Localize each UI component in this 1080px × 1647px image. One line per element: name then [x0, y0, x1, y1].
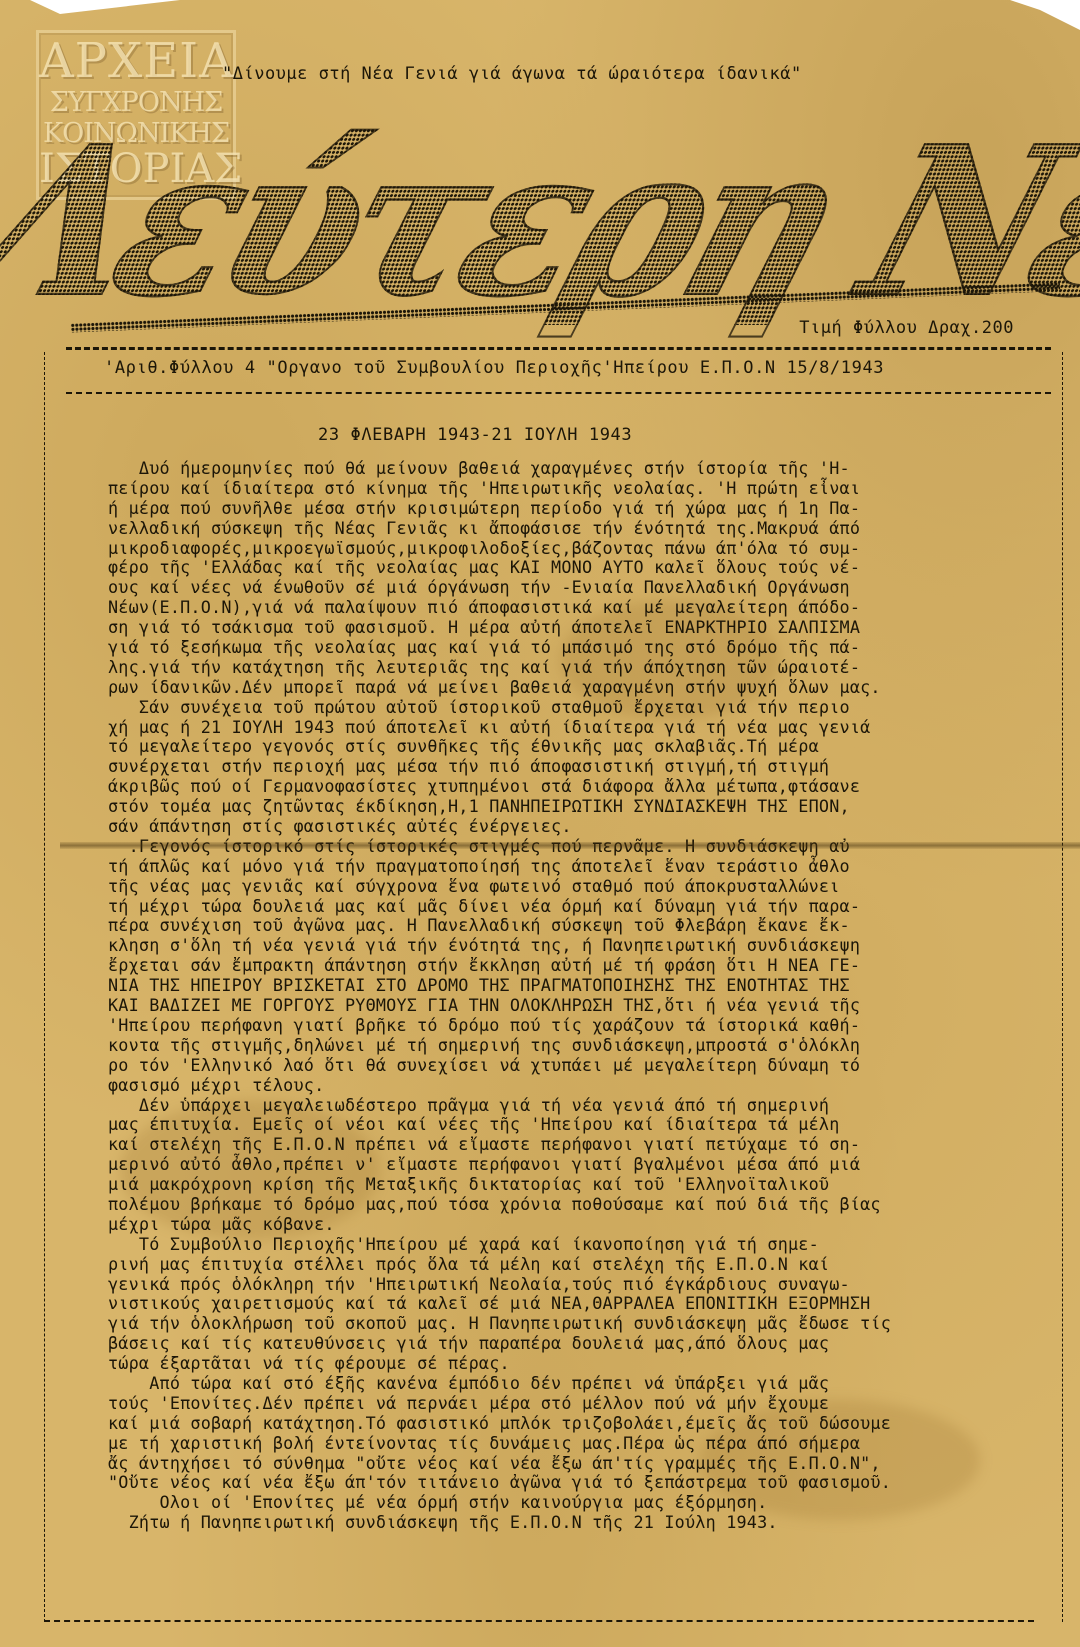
article-line: πείρου καί ίδιαίτερα στό κίνημα τῆς 'Ηπε… — [108, 479, 1058, 499]
article-line: ρων ίδανικῶν.Δέν μπορεῖ παρά νά μείνει β… — [108, 678, 1058, 698]
article-line: Σάν συνέχεια τοῦ πρώτου αὐτοῦ ίστορικοῦ … — [108, 698, 1058, 718]
article-line: με τή χαριστική βολή έντείνοντας τίς δυν… — [108, 1434, 1058, 1454]
article-line: Από τώρα καί στό έξῆς κανένα έμπόδιο δέν… — [108, 1374, 1058, 1394]
article-line: "Οὔτε νέος καί νέα ἔξω άπ'τόν τιτάνειο ἀ… — [108, 1473, 1058, 1493]
article-line: πολέμου βρήκαμε τό δρόμο μας,πού τόσα χρ… — [108, 1195, 1058, 1215]
article-line: λης.γιά τήν κατάχτηση τῆς λευτεριᾶς της … — [108, 658, 1058, 678]
article-line: ΝΙΑ ΤΗΣ ΗΠΕΙΡΟΥ ΒΡΙΣΚΕΤΑΙ ΣΤΟ ΔΡΟΜΟ ΤΗΣ … — [108, 976, 1058, 996]
article-line: ή μέρα πού συνῆλθε μέσα στήν κρισιμώτερη… — [108, 499, 1058, 519]
article-line: σάν άπάντηση στίς φασιστικές αὐτές ένέργ… — [108, 817, 1058, 837]
article-line: συνέρχεται στήν περιοχή μας μέσα τήν πιό… — [108, 757, 1058, 777]
issue-info-line: 'Αριθ.Φύλλου 4 "Οργανο τοῦ Συμβουλίου Πε… — [104, 358, 884, 378]
article-line: ἔρχεται σάν ἔμπρακτη άπάντηση στήν ἔκκλη… — [108, 956, 1058, 976]
article-line: στόν τομέα μας ζητῶντας έκδίκηση,Η,1 ΠΑΝ… — [108, 797, 1058, 817]
article-line: πέρα συνέχιση τοῦ ἀγῶνα μας. Η Πανελλαδι… — [108, 916, 1058, 936]
frame-border-right — [1062, 352, 1063, 1622]
frame-border-left — [44, 352, 45, 1622]
article-line: γενικά πρός ὁλόκληρη τήν 'Ηπειρωτική Νεο… — [108, 1275, 1058, 1295]
article-line: Δέν ὑπάρχει μεγαλειωδέστερο πρᾶγμα γιά τ… — [108, 1096, 1058, 1116]
article-line: 'Ηπείρου περήφανη γιατί βρῆκε τό δρόμο π… — [108, 1016, 1058, 1036]
article-line: γιά τήν ὁλοκλήρωση τοῦ σκοποῦ μας. Η Παν… — [108, 1314, 1058, 1334]
article-line: γιά τό ξεσήκωμα τῆς νεολαίας μας καί γιά… — [108, 638, 1058, 658]
article-line: τή άπλῶς καί μόνο γιά τήν πραγματοποίησή… — [108, 857, 1058, 877]
article-line: Τό Συμβούλιο Περιοχῆς'Ηπείρου μέ χαρά κα… — [108, 1235, 1058, 1255]
article-line: ρινή μας έπιτυχία στέλλει πρός ὅλα τά μέ… — [108, 1255, 1058, 1275]
article-line: Δυό ήμερομηνίες πού θά μείνουν βαθειά χα… — [108, 459, 1058, 479]
article-line: μιά μακρόχρονη κρίση τῆς Μεταξικῆς δικτα… — [108, 1175, 1058, 1195]
article-line: χή μας ή 21 ΙΟΥΛΗ 1943 πού άποτελεῖ κι α… — [108, 718, 1058, 738]
article-line: μερινό αὐτό ἆθλο,πρέπει ν' εἴμαστε περήφ… — [108, 1155, 1058, 1175]
article-line: Ολοι οί 'Επονίτες μέ νέα όρμή στήν καινο… — [108, 1493, 1058, 1513]
article-body: Δυό ήμερομηνίες πού θά μείνουν βαθειά χα… — [108, 459, 1058, 1533]
article-line: ἄς άντηχήσει τό σύνθημα "οὔτε νέος καί ν… — [108, 1454, 1058, 1474]
article-line: ρο τόν 'Ελληνικό λαό ὅτι θά συνεχίσει νά… — [108, 1056, 1058, 1076]
article-line: ση γιά τό τσάκισμα τοῦ φασισμοῦ. Η μέρα … — [108, 618, 1058, 638]
article-line: μας έπιτυχία. Εμεῖς οί νέοι καί νέες τῆς… — [108, 1115, 1058, 1135]
issue-price: Τιμή Φύλλου Δραχ.200 — [799, 318, 1014, 338]
fold-crease — [60, 842, 1080, 849]
article-line: μικροδιαφορές,μικροεγωϊσμούς,μικροφιλοδο… — [108, 539, 1058, 559]
article-line: τή μέχρι τώρα δουλειά μας καί μᾶς δίνει … — [108, 897, 1058, 917]
article-line: καί μιά σοβαρή κατάχτηση.Τό φασιστικό μπ… — [108, 1414, 1058, 1434]
article-line: τώρα έξαρτᾶται νά τίς φέρουμε σέ πέρας. — [108, 1354, 1058, 1374]
watermark-line: ΑΡΧΕΙΑ — [39, 37, 233, 85]
article-line: φέρο τῆς 'Ελλάδας καί τῆς νεολαίας μας Κ… — [108, 558, 1058, 578]
article-line: τούς 'Επονίτες.Δέν πρέπει νά περνάει μέρ… — [108, 1394, 1058, 1414]
article-line: νελλαδική σύσκεψη τῆς Νέας Γενιᾶς κι ἄπο… — [108, 519, 1058, 539]
divider-rule — [44, 1620, 1034, 1622]
article-line: άκριβῶς πού οί Γερμανοφασίστες χτυπημένο… — [108, 777, 1058, 797]
divider-rule — [66, 392, 1051, 394]
article-line: κληση σ'ὅλη τή νέα γενιά γιά τήν ένότητά… — [108, 936, 1058, 956]
article-headline: 23 ΦΛΕΒΑΡΗ 1943-21 ΙΟΥΛΗ 1943 — [318, 425, 632, 445]
article-line: τό μεγαλείτερο γεγονός στίς συνθῆκες τῆς… — [108, 737, 1058, 757]
article-line: ους καί νέες νά ένωθοῦν σέ μιά όργάνωση … — [108, 578, 1058, 598]
newspaper-page: ΑΡΧΕΙΑ ΣΥΓΧΡΟΝΗΣ ΚΟΙΝΩΝΙΚΗΣ ΙΣΤΟΡΙΑΣ "Δί… — [0, 0, 1080, 1647]
slogan: "Δίνουμε στή Νέα Γενιά γιά άγωνα τά ώραι… — [222, 64, 802, 84]
article-line: νιστικούς χαιρετισμούς καί τά καλεῖ σέ μ… — [108, 1294, 1058, 1314]
article-line: μέχρι τώρα μᾶς κόβανε. — [108, 1215, 1058, 1235]
article-line: κοντα τῆς στιγμῆς,δηλώνει μέ τή σημερινή… — [108, 1036, 1058, 1056]
article-line: βάσεις καί τίς κατευθύνσεις γιά τήν παρα… — [108, 1334, 1058, 1354]
article-line: καί στελέχη τῆς Ε.Π.Ο.Ν πρέπει νά εἴμαστ… — [108, 1135, 1058, 1155]
article-line: ΚΑΙ ΒΑΔΙΖΕΙ ΜΕ ΓΟΡΓΟΥΣ ΡΥΘΜΟΥΣ ΓΙΑ ΤΗΝ Ο… — [108, 996, 1058, 1016]
article-line: Ζήτω ή Πανηπειρωτική συνδιάσκεψη τῆς Ε.Π… — [108, 1513, 1058, 1533]
article-line: Νέων(Ε.Π.Ο.Ν),γιά νά παλαίψουν πιό άποφα… — [108, 598, 1058, 618]
article-line: φασισμό μέχρι τέλους. — [108, 1076, 1058, 1096]
article-line: τῆς νέας μας γενιᾶς καί σύγχρονα ἕνα φωτ… — [108, 877, 1058, 897]
divider-rule — [66, 347, 1051, 350]
